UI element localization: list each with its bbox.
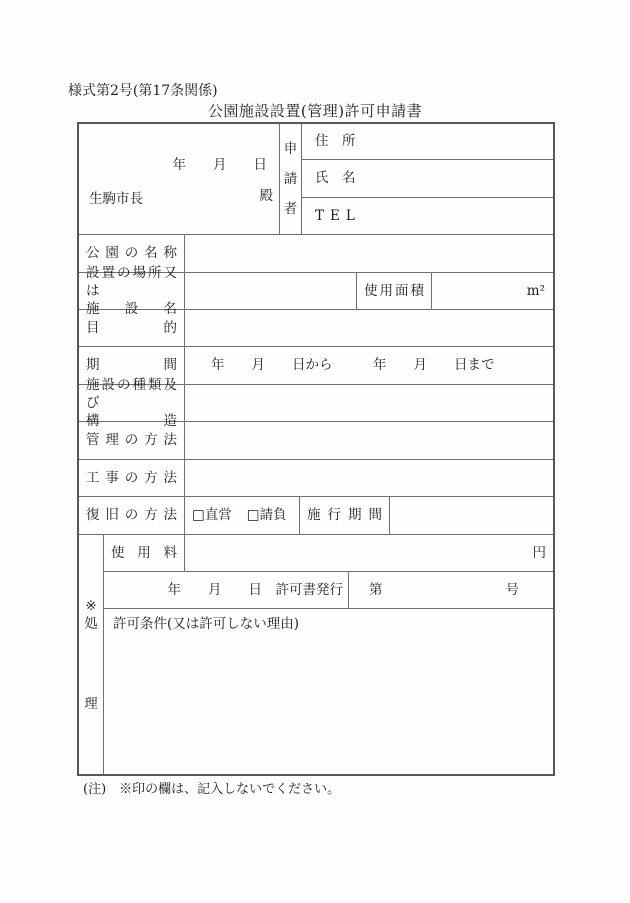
construction-label: 工事の方法 (86, 469, 177, 487)
number-suffix: 号 (506, 581, 520, 599)
facility-type-label-cell: 施設の種類及び 構造 (79, 385, 185, 422)
applicant-char-2: 請 (284, 170, 298, 188)
applicant-vertical-label: 申 請 者 (280, 124, 302, 235)
management-label-cell: 管理の方法 (79, 422, 185, 460)
footnote: (注) ※印の欄は、記入しないでください。 (83, 778, 340, 797)
name-label: 氏 名 (315, 169, 356, 187)
addressee-date-cell: 年 月 日 生駒市長 殿 (79, 124, 280, 235)
honorific-dono: 殿 (260, 187, 274, 205)
purpose-value-cell (185, 310, 553, 347)
facility-type-value-cell (185, 385, 553, 422)
processing-vertical-label: ※ 処 理 (79, 535, 104, 774)
park-name-label: 公園の名称 (86, 244, 177, 262)
fee-label: 使用料 (111, 544, 177, 562)
period-value-cell: 年 月 日から 年 月 日まで (185, 347, 553, 385)
applicant-tel-field: TEL (302, 198, 553, 235)
period-label: 期間 (86, 356, 177, 374)
location-value-cell (185, 273, 357, 310)
fee-label-cell: 使用料 (104, 535, 185, 572)
area-label: 使用面積 (364, 282, 424, 300)
permit-conditions-label: 許可条件(又は許可しない理由) (113, 616, 299, 632)
application-date-line: 年 月 日 (173, 156, 268, 174)
fee-value-cell: 円 (185, 535, 553, 572)
area-label-cell: 使用面積 (357, 273, 432, 310)
construction-period-label: 施行期間 (307, 506, 382, 524)
addressee-mayor: 生駒市長 (89, 190, 143, 208)
document-page: 様式第2号(第17条関係) 公園施設設置(管理)許可申請書 年 月 日 生駒市長… (0, 0, 630, 903)
park-name-value-cell (185, 235, 553, 273)
processing-mark-asterisk: ※ (79, 597, 103, 615)
square-meter-unit: m² (527, 282, 545, 300)
restoration-label-cell: 復旧の方法 (79, 497, 185, 535)
checkbox-contract: □請負 (247, 506, 287, 524)
area-value-cell: m² (432, 273, 553, 310)
construction-label-cell: 工事の方法 (79, 460, 185, 497)
tel-label: TEL (315, 207, 361, 225)
yen-unit: 円 (533, 544, 547, 562)
applicant-address-field: 住 所 (302, 124, 553, 160)
permit-number-cell: 第 号 (349, 572, 553, 609)
application-form-table: 年 月 日 生駒市長 殿 申 請 者 住 所 氏 名 TEL 公園の名称 設置の… (77, 122, 555, 776)
location-label-line1: 設置の場所又は (86, 264, 177, 300)
number-prefix: 第 (369, 581, 383, 599)
period-date-range: 年 月 日から 年 月 日まで (211, 356, 495, 374)
construction-value-cell (185, 460, 553, 497)
restoration-label: 復旧の方法 (86, 506, 177, 524)
construction-period-label-cell: 施行期間 (300, 497, 390, 535)
facility-type-label-line1: 施設の種類及び (86, 376, 177, 412)
applicant-name-field: 氏 名 (302, 160, 553, 198)
processing-char-1: 処 (79, 615, 103, 633)
processing-char-2: 理 (79, 695, 103, 713)
form-number: 様式第2号(第17条関係) (68, 80, 218, 100)
construction-period-value-cell (390, 497, 553, 535)
applicant-char-1: 申 (284, 140, 298, 158)
checkbox-direct-management: □直営 (192, 506, 232, 524)
applicant-char-3: 者 (284, 200, 298, 218)
purpose-label: 目的 (86, 319, 177, 337)
management-label: 管理の方法 (86, 431, 177, 449)
management-value-cell (185, 422, 553, 460)
purpose-label-cell: 目的 (79, 310, 185, 347)
restoration-options-cell: □直営 □請負 (185, 497, 300, 535)
permit-issue-line: 年 月 日 許可書発行 (168, 581, 344, 599)
page-title: 公園施設設置(管理)許可申請書 (0, 100, 630, 121)
location-label-cell: 設置の場所又は 施設名 (79, 273, 185, 310)
permit-conditions-cell: 許可条件(又は許可しない理由) (104, 609, 553, 774)
address-label: 住 所 (315, 132, 356, 150)
permit-issue-date-cell: 年 月 日 許可書発行 (104, 572, 349, 609)
